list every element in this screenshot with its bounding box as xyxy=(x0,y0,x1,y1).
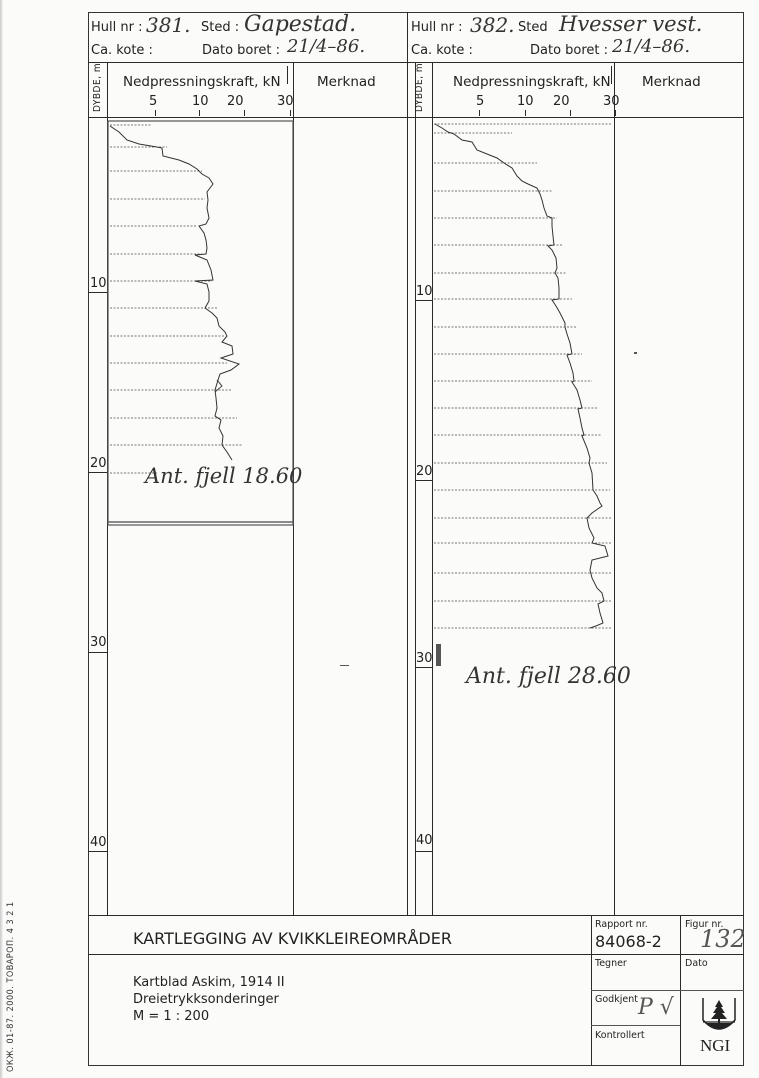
description-line-1: Kartblad Askim, 1914 II xyxy=(133,975,285,990)
scan-speck xyxy=(634,352,637,354)
dato-label: Dato xyxy=(685,958,708,969)
depth-rule xyxy=(88,292,108,293)
merknad-column-header: Merknad xyxy=(642,74,701,90)
depth-rule xyxy=(415,300,433,301)
depth-label-40: 40 xyxy=(90,835,107,850)
depth-label-40: 40 xyxy=(416,833,433,848)
rapport-nr-label: Rapport nr. xyxy=(595,919,648,930)
kote-label: Ca. kote : xyxy=(411,43,473,58)
depth-label-20: 20 xyxy=(416,464,433,479)
bedrock-marker xyxy=(436,644,441,666)
left-bedrock-annotation: Ant. fjell 18.60 xyxy=(145,464,302,488)
tick-mark xyxy=(290,110,291,116)
tick-mark xyxy=(570,110,571,116)
depth-column-header: DYBDE, m xyxy=(414,63,425,112)
scan-edge-shadow xyxy=(0,0,3,1078)
force-header-separator xyxy=(611,66,612,84)
hull-nr-label: Hull nr : xyxy=(91,20,142,35)
sted-label: Sted xyxy=(518,20,548,35)
ngi-logo: NGI xyxy=(700,990,738,1060)
dato-boret-value: 21/4–86. xyxy=(287,36,365,57)
side-print-stamp: ОКЖ. 01-87. 2000. ТОВАРОП. 4 3 2 1 xyxy=(6,901,16,1072)
kote-label: Ca. kote : xyxy=(91,43,153,58)
tick-mark xyxy=(155,110,156,116)
force-tick-30: 30 xyxy=(277,94,294,109)
right-sounding-plot xyxy=(432,118,618,678)
rapport-nr-value: 84068-2 xyxy=(595,932,662,951)
panel-divider xyxy=(407,12,408,915)
merknad-column-header: Merknad xyxy=(317,74,376,90)
depth-label-20: 20 xyxy=(90,456,107,471)
hull-nr-label: Hull nr : xyxy=(411,20,462,35)
right-depth-column-outer xyxy=(415,62,416,915)
depth-rule xyxy=(88,851,108,852)
depth-rule xyxy=(88,472,108,473)
force-tick-20: 20 xyxy=(553,94,570,109)
sted-value: Gapestad. xyxy=(244,12,356,37)
ngi-logo-text: NGI xyxy=(700,1036,730,1056)
title-block-kontrollert-rule xyxy=(591,1025,680,1026)
force-tick-20: 20 xyxy=(227,94,244,109)
hull-nr-value: 381. xyxy=(146,13,191,37)
tick-mark xyxy=(199,110,200,116)
depth-label-30: 30 xyxy=(416,651,433,666)
description-line-2: Dreietrykksonderinger xyxy=(133,992,279,1007)
depth-label-10: 10 xyxy=(90,276,107,291)
force-column-header: Nedpressningskraft, kN xyxy=(453,74,611,90)
dato-boret-label: Dato boret : xyxy=(202,43,280,58)
tick-mark xyxy=(615,110,616,116)
depth-rule xyxy=(88,652,108,653)
tick-mark xyxy=(244,110,245,116)
title-block-row-rule xyxy=(88,954,744,955)
hull-nr-value: 382. xyxy=(470,13,515,37)
sted-value: Hvesser vest. xyxy=(559,12,702,36)
kontrollert-label: Kontrollert xyxy=(595,1030,645,1041)
force-tick-5: 5 xyxy=(149,94,157,109)
title-block-top-rule xyxy=(88,915,744,916)
tree-icon xyxy=(700,994,738,1036)
force-tick-5: 5 xyxy=(476,94,484,109)
depth-label-10: 10 xyxy=(416,284,433,299)
godkjent-signature: P √ xyxy=(638,995,674,1020)
dato-boret-value: 21/4–86. xyxy=(612,36,690,57)
force-tick-30: 30 xyxy=(603,94,620,109)
figur-nr-value: 132 xyxy=(700,925,746,953)
depth-rule xyxy=(415,480,433,481)
force-column-header: Nedpressningskraft, kN xyxy=(123,74,281,90)
description-line-3: M = 1 : 200 xyxy=(133,1009,209,1024)
force-tick-10: 10 xyxy=(517,94,534,109)
depth-rule xyxy=(415,667,433,668)
depth-column-header: DYBDE, m xyxy=(92,63,103,112)
sted-label: Sted : xyxy=(201,20,239,35)
tick-mark xyxy=(525,110,526,116)
dato-boret-label: Dato boret : xyxy=(530,43,608,58)
scan-speck xyxy=(340,665,349,666)
force-header-separator xyxy=(287,66,288,84)
project-title: KARTLEGGING AV KVIKKLEIREOMRÅDER xyxy=(133,929,452,948)
right-bedrock-annotation: Ant. fjell 28.60 xyxy=(466,664,631,689)
depth-label-30: 30 xyxy=(90,635,107,650)
tick-mark xyxy=(479,110,480,116)
godkjent-label: Godkjent xyxy=(595,994,638,1005)
force-tick-10: 10 xyxy=(192,94,209,109)
tegner-label: Tegner xyxy=(595,958,627,969)
depth-rule xyxy=(415,851,433,852)
